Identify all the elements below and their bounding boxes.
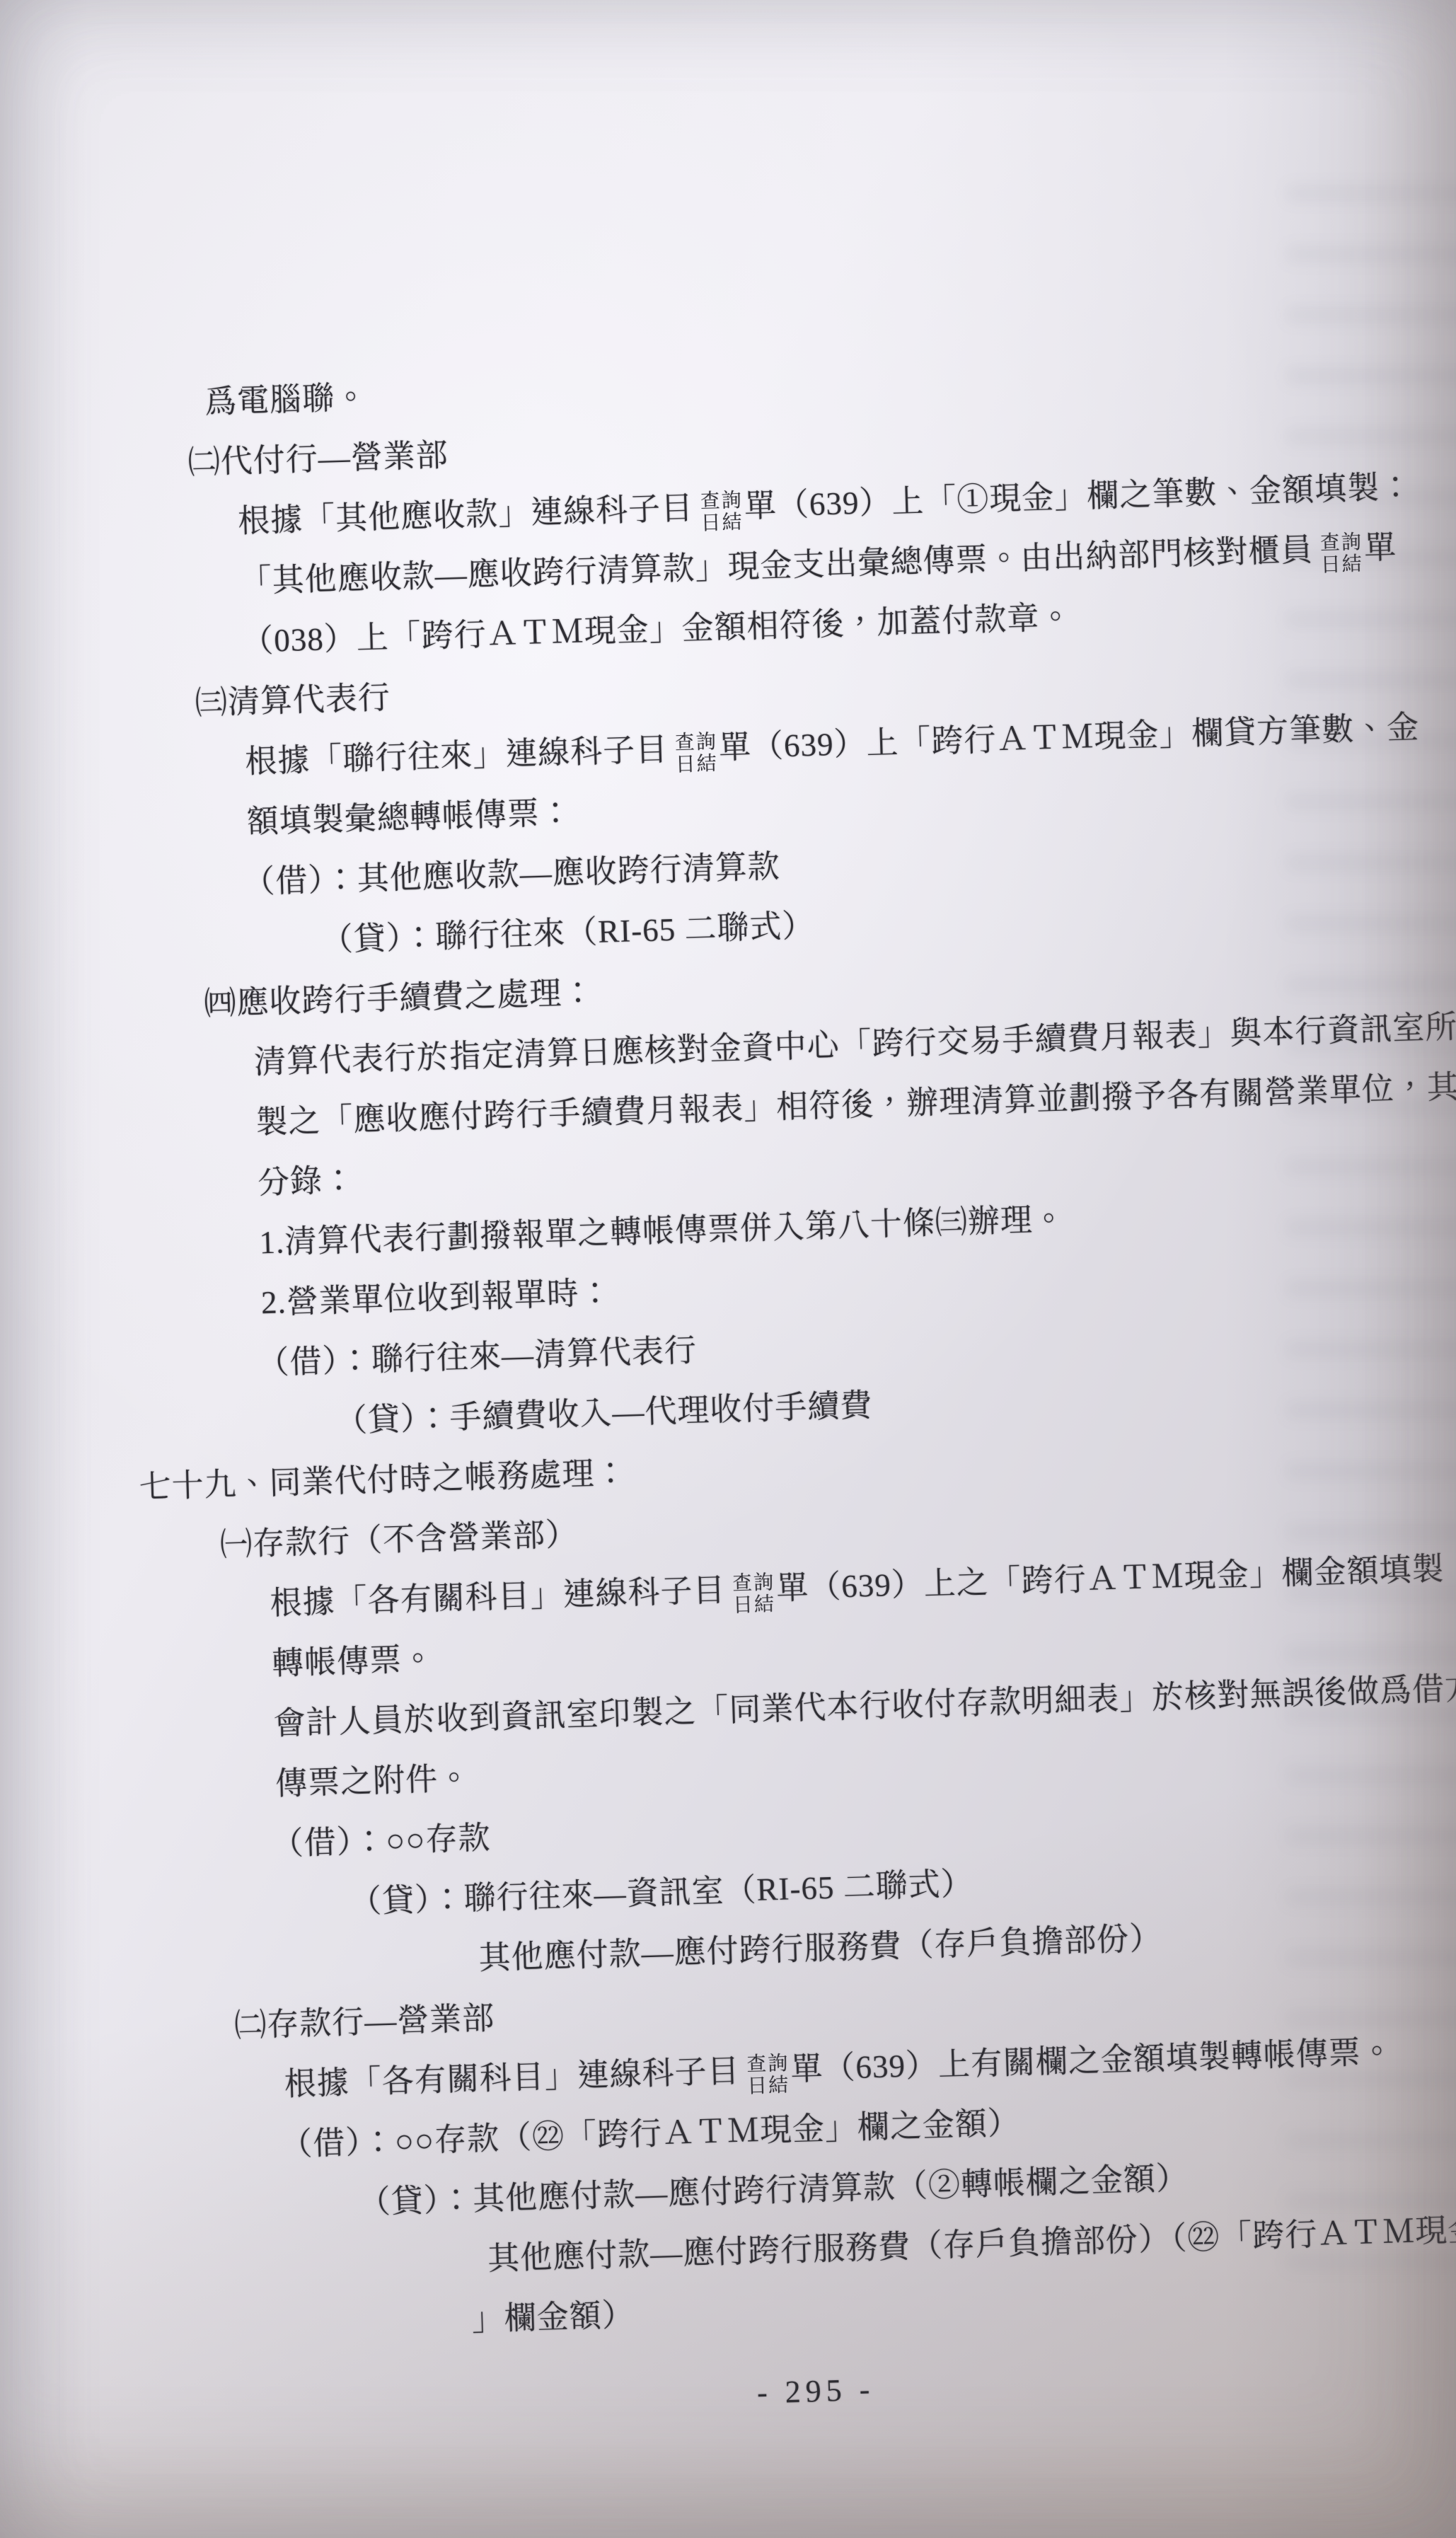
inline-annotation-query-daily-total: 查詢日結 [674,731,718,776]
inline-annotation-query-daily-total: 查詢日結 [1319,531,1363,576]
page-text-block: 爲電腦聯。㈡代付行—營業部根據「其他應收款」連線科子目查詢日結單（639）上「①… [0,335,1456,2444]
inline-annotation-query-daily-total: 查詢日結 [700,489,744,534]
inline-annotation-query-daily-total: 查詢日結 [746,2052,790,2097]
text-lines: 爲電腦聯。㈡代付行—營業部根據「其他應收款」連線科子目查詢日結單（639）上「①… [0,335,1456,2363]
scanned-page: 爲電腦聯。㈡代付行—營業部根據「其他應收款」連線科子目查詢日結單（639）上「①… [0,0,1456,2538]
page-number: - 295 - [756,2340,1456,2423]
inline-annotation-query-daily-total: 查詢日結 [732,1571,776,1617]
